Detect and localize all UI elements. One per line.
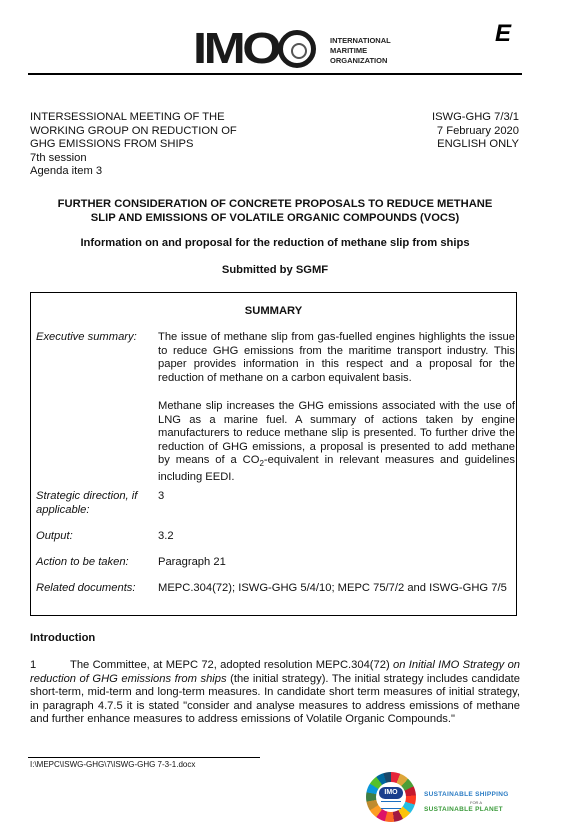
header-rule bbox=[28, 73, 522, 75]
summary-value: The issue of methane slip from gas-fuell… bbox=[158, 331, 515, 385]
summary-label: Related documents: bbox=[36, 582, 153, 596]
meeting-line: WORKING GROUP ON REDUCTION OF bbox=[30, 125, 237, 139]
slogan-for: FOR A bbox=[470, 800, 482, 805]
waves-icon bbox=[381, 801, 401, 809]
document-date: 7 February 2020 bbox=[432, 125, 519, 139]
sdg-wheel-center: IMO bbox=[376, 782, 406, 812]
org-name-line: INTERNATIONAL bbox=[330, 36, 391, 46]
org-name-line: MARITIME bbox=[330, 46, 391, 56]
org-name-line: ORGANIZATION bbox=[330, 56, 391, 66]
summary-value: Paragraph 21 bbox=[158, 556, 515, 570]
summary-value: 3 bbox=[158, 490, 515, 504]
language-code: E bbox=[495, 20, 511, 48]
session: 7th session bbox=[30, 152, 237, 166]
summary-label: Action to be taken: bbox=[36, 556, 153, 570]
slogan-line-1: SUSTAINABLE SHIPPING bbox=[424, 791, 509, 798]
imo-emblem-icon bbox=[278, 30, 316, 68]
agenda-item: Agenda item 3 bbox=[30, 165, 237, 179]
imo-logo: IMO INTERNATIONAL MARITIME ORGANIZATION bbox=[193, 28, 393, 70]
sdg-wheel-icon: IMO bbox=[366, 772, 416, 822]
meeting-info: INTERSESSIONAL MEETING OF THE WORKING GR… bbox=[30, 111, 237, 179]
file-path: I:\MEPC\ISWG-GHG\7\ISWG-GHG 7-3-1.docx bbox=[30, 760, 195, 769]
summary-value: 3.2 bbox=[158, 530, 515, 544]
meeting-line: INTERSESSIONAL MEETING OF THE bbox=[30, 111, 237, 125]
slogan-line-2: SUSTAINABLE PLANET bbox=[424, 806, 503, 813]
title-line: FURTHER CONSIDERATION OF CONCRETE PROPOS… bbox=[30, 197, 520, 211]
summary-label: Strategic direction, if applicable: bbox=[36, 490, 153, 517]
imo-badge: IMO bbox=[379, 787, 403, 799]
document-subtitle: Information on and proposal for the redu… bbox=[30, 237, 520, 249]
document-info: ISWG-GHG 7/3/1 7 February 2020 ENGLISH O… bbox=[432, 111, 519, 152]
summary-heading: SUMMARY bbox=[31, 305, 516, 317]
title-line: SLIP AND EMISSIONS OF VOLATILE ORGANIC C… bbox=[30, 211, 520, 225]
summary-box: SUMMARY Executive summary: The issue of … bbox=[30, 292, 517, 616]
paragraph-text: The Committee, at MEPC 72, adopted resol… bbox=[70, 659, 393, 671]
meeting-line: GHG EMISSIONS FROM SHIPS bbox=[30, 138, 237, 152]
org-name: INTERNATIONAL MARITIME ORGANIZATION bbox=[330, 36, 391, 66]
document-title: FURTHER CONSIDERATION OF CONCRETE PROPOS… bbox=[30, 197, 520, 225]
summary-label: Output: bbox=[36, 530, 153, 544]
document-language: ENGLISH ONLY bbox=[432, 138, 519, 152]
submitted-by: Submitted by SGMF bbox=[30, 264, 520, 276]
footer-rule bbox=[28, 757, 260, 758]
imo-logo-letters: IMO bbox=[193, 28, 278, 70]
document-symbol: ISWG-GHG 7/3/1 bbox=[432, 111, 519, 125]
paragraph-number: 1 bbox=[30, 659, 70, 673]
paragraph-1: 1The Committee, at MEPC 72, adopted reso… bbox=[30, 659, 520, 727]
section-heading: Introduction bbox=[30, 632, 95, 644]
summary-value: MEPC.304(72); ISWG-GHG 5/4/10; MEPC 75/7… bbox=[158, 582, 515, 596]
summary-value: Methane slip increases the GHG emissions… bbox=[158, 400, 515, 485]
summary-label: Executive summary: bbox=[36, 331, 153, 345]
